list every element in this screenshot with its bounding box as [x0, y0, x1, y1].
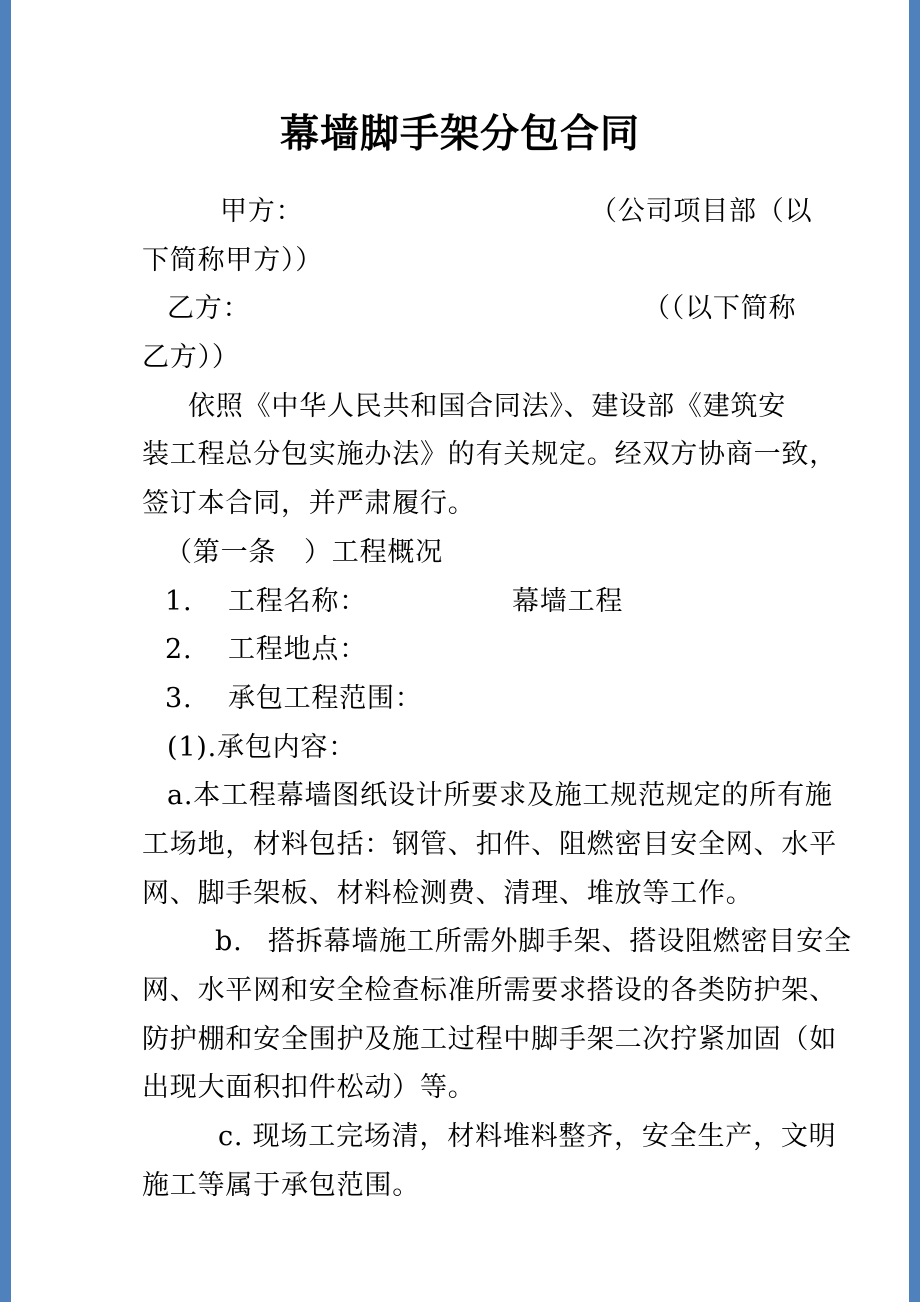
text-line-item-1: 1.工程名称：幕墙工程: [0, 578, 920, 627]
text-line: 防护棚和安全围护及施工过程中脚手架二次拧紧加固（如: [0, 1016, 920, 1065]
text-line-item-a: a.本工程幕墙图纸设计所要求及施工规范规定的所有施: [0, 772, 920, 821]
item-value: 幕墙工程: [512, 578, 623, 627]
text-line-clause-1-heading: （第一条 ）工程概况: [0, 529, 920, 578]
text-line-item-2: 2.工程地点：: [0, 626, 920, 675]
text-line-party-b: 乙方：（（以下简称: [0, 285, 920, 334]
clause-heading: （第一条 ）工程概况: [165, 529, 443, 578]
text-line-subitem-1: (1).承包内容：: [0, 724, 920, 773]
text-run: 防护棚和安全围护及施工过程中脚手架二次拧紧加固（如: [142, 1016, 837, 1065]
text-line-item-3: 3.承包工程范围：: [0, 675, 920, 724]
document-body: 甲方：（公司项目部（以 下简称甲方）） 乙方：（（以下简称 乙方）） 依照《中华…: [0, 188, 920, 1210]
party-b-note: （（以下简称: [643, 285, 796, 334]
text-run: 搭拆幕墙施工所需外脚手架、搭设阻燃密目安全: [268, 918, 852, 967]
item-label: 工程地点：: [228, 626, 367, 675]
item-number: 3.: [165, 675, 192, 724]
text-line: 签订本合同，并严肃履行。: [0, 480, 920, 529]
text-run: 依照《中华人民共和国合同法》、建设部《建筑安: [188, 383, 786, 432]
item-number: b.: [215, 918, 242, 967]
text-run: (1).承包内容：: [167, 724, 356, 773]
party-a-note: （公司项目部（以: [590, 188, 812, 237]
text-line: 依照《中华人民共和国合同法》、建设部《建筑安: [0, 383, 920, 432]
text-run: 工场地，材料包括：钢管、扣件、阻燃密目安全网、水平: [142, 821, 837, 870]
item-number: 1.: [165, 578, 192, 627]
text-run: 网、脚手架板、材料检测费、清理、堆放等工作。: [142, 870, 754, 919]
text-line-item-c: c. 现场工完场清，材料堆料整齐，安全生产，文明: [0, 1113, 920, 1162]
text-run: 下简称甲方））: [142, 237, 323, 286]
document-page: 幕墙脚手架分包合同 甲方：（公司项目部（以 下简称甲方）） 乙方：（（以下简称 …: [0, 0, 920, 1302]
text-run: 网、水平网和安全检查标准所需要求搭设的各类防护架、: [142, 967, 837, 1016]
item-label: 工程名称：: [228, 578, 367, 627]
text-line-party-a: 甲方：（公司项目部（以: [0, 188, 920, 237]
text-run: 装工程总分包实施办法》的有关规定。经双方协商一致，: [142, 431, 837, 480]
text-line: 出现大面积扣件松动）等。: [0, 1064, 920, 1113]
document-title: 幕墙脚手架分包合同: [0, 112, 920, 158]
text-line: 下简称甲方））: [0, 237, 920, 286]
text-run: 出现大面积扣件松动）等。: [142, 1064, 476, 1113]
text-line: 网、脚手架板、材料检测费、清理、堆放等工作。: [0, 870, 920, 919]
item-number: 2.: [165, 626, 192, 675]
text-run: 签订本合同，并严肃履行。: [142, 480, 476, 529]
party-b-label: 乙方：: [167, 285, 250, 334]
text-run: 施工等属于承包范围。: [142, 1162, 420, 1211]
text-line: 施工等属于承包范围。: [0, 1162, 920, 1211]
text-line-item-b: b.搭拆幕墙施工所需外脚手架、搭设阻燃密目安全: [0, 918, 920, 967]
text-run: 乙方））: [142, 334, 240, 383]
text-run: c. 现场工完场清，材料堆料整齐，安全生产，文明: [218, 1113, 837, 1162]
text-line: 网、水平网和安全检查标准所需要求搭设的各类防护架、: [0, 967, 920, 1016]
item-label: 承包工程范围：: [228, 675, 423, 724]
text-line: 装工程总分包实施办法》的有关规定。经双方协商一致，: [0, 431, 920, 480]
text-line: 工场地，材料包括：钢管、扣件、阻燃密目安全网、水平: [0, 821, 920, 870]
text-line: 乙方））: [0, 334, 920, 383]
party-a-label: 甲方：: [220, 188, 303, 237]
text-run: a.本工程幕墙图纸设计所要求及施工规范规定的所有施: [167, 772, 833, 821]
